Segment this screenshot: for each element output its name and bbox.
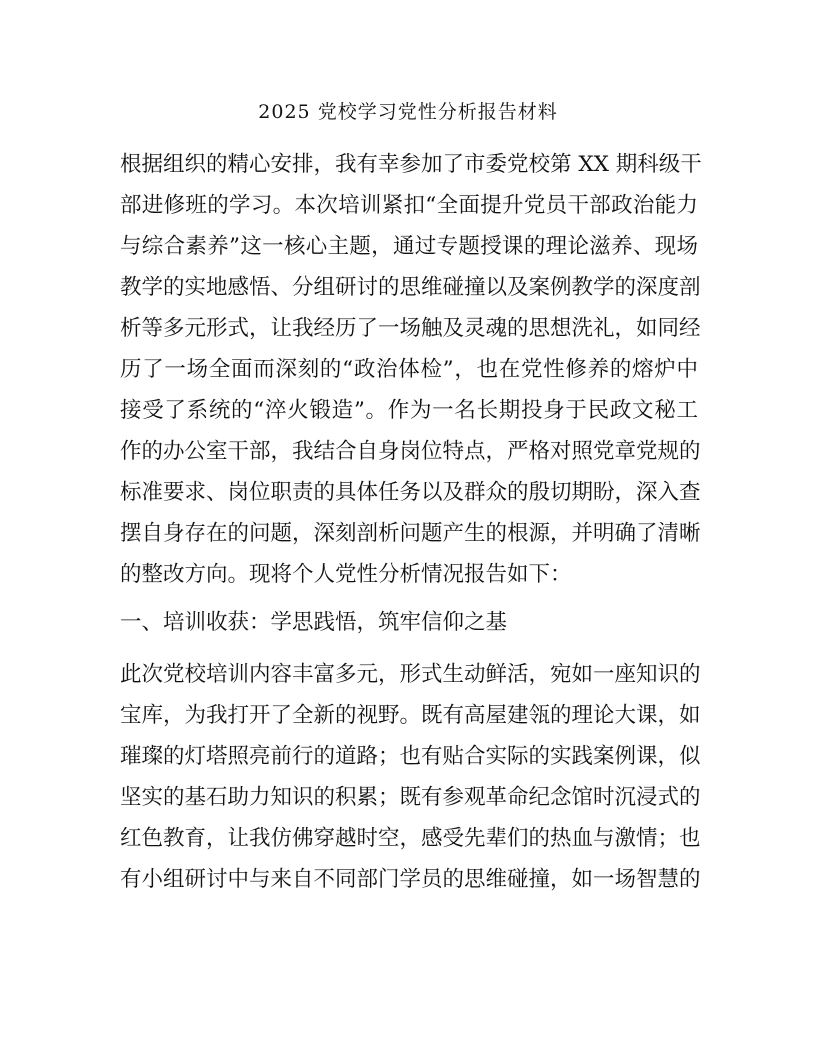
document-page: 2025 党校学习党性分析报告材料 根据组织的精心安排，我有幸参加了市委党校第 …	[0, 0, 816, 1056]
intro-line: 析等多元形式，让我经历了一场触及灵魂的思想洗礼，如同经	[120, 314, 698, 355]
section-heading: 一、培训收获：学思践悟，筑牢信仰之基	[120, 608, 698, 649]
intro-line: 作的办公室干部，我结合自身岗位特点，严格对照党章党规的	[120, 437, 698, 478]
document-body: 根据组织的精心安排，我有幸参加了市委党校第 XX 期科级干 部进修班的学习。本次…	[120, 150, 698, 906]
intro-line: 接受了系统的“淬火锻造”。作为一名长期投身于民政文秘工	[120, 396, 698, 437]
section-line: 此次党校培训内容丰富多元，形式生动鲜活，宛如一座知识的	[120, 660, 698, 701]
intro-line: 历了一场全面而深刻的“政治体检”，也在党性修养的熔炉中	[120, 355, 698, 396]
section-line: 宝库，为我打开了全新的视野。既有高屋建瓴的理论大课，如	[120, 701, 698, 742]
intro-line: 的整改方向。现将个人党性分析情况报告如下：	[120, 560, 698, 601]
intro-line: 部进修班的学习。本次培训紧扣“全面提升党员干部政治能力	[120, 191, 698, 232]
document-title: 2025 党校学习党性分析报告材料	[0, 99, 816, 125]
intro-line: 摆自身存在的问题，深刻剖析问题产生的根源，并明确了清晰	[120, 519, 698, 560]
spacer	[120, 649, 698, 660]
section-line: 红色教育，让我仿佛穿越时空，感受先辈们的热血与激情；也	[120, 824, 698, 865]
intro-line: 根据组织的精心安排，我有幸参加了市委党校第 XX 期科级干	[120, 150, 698, 191]
section-line: 有小组研讨中与来自不同部门学员的思维碰撞，如一场智慧的	[120, 865, 698, 906]
section-line: 坚实的基石助力知识的积累；既有参观革命纪念馆时沉浸式的	[120, 783, 698, 824]
intro-line: 教学的实地感悟、分组研讨的思维碰撞以及案例教学的深度剖	[120, 273, 698, 314]
intro-line: 与综合素养”这一核心主题，通过专题授课的理论滋养、现场	[120, 232, 698, 273]
section-line: 璀璨的灯塔照亮前行的道路；也有贴合实际的实践案例课，似	[120, 742, 698, 783]
intro-line: 标准要求、岗位职责的具体任务以及群众的殷切期盼，深入查	[120, 478, 698, 519]
